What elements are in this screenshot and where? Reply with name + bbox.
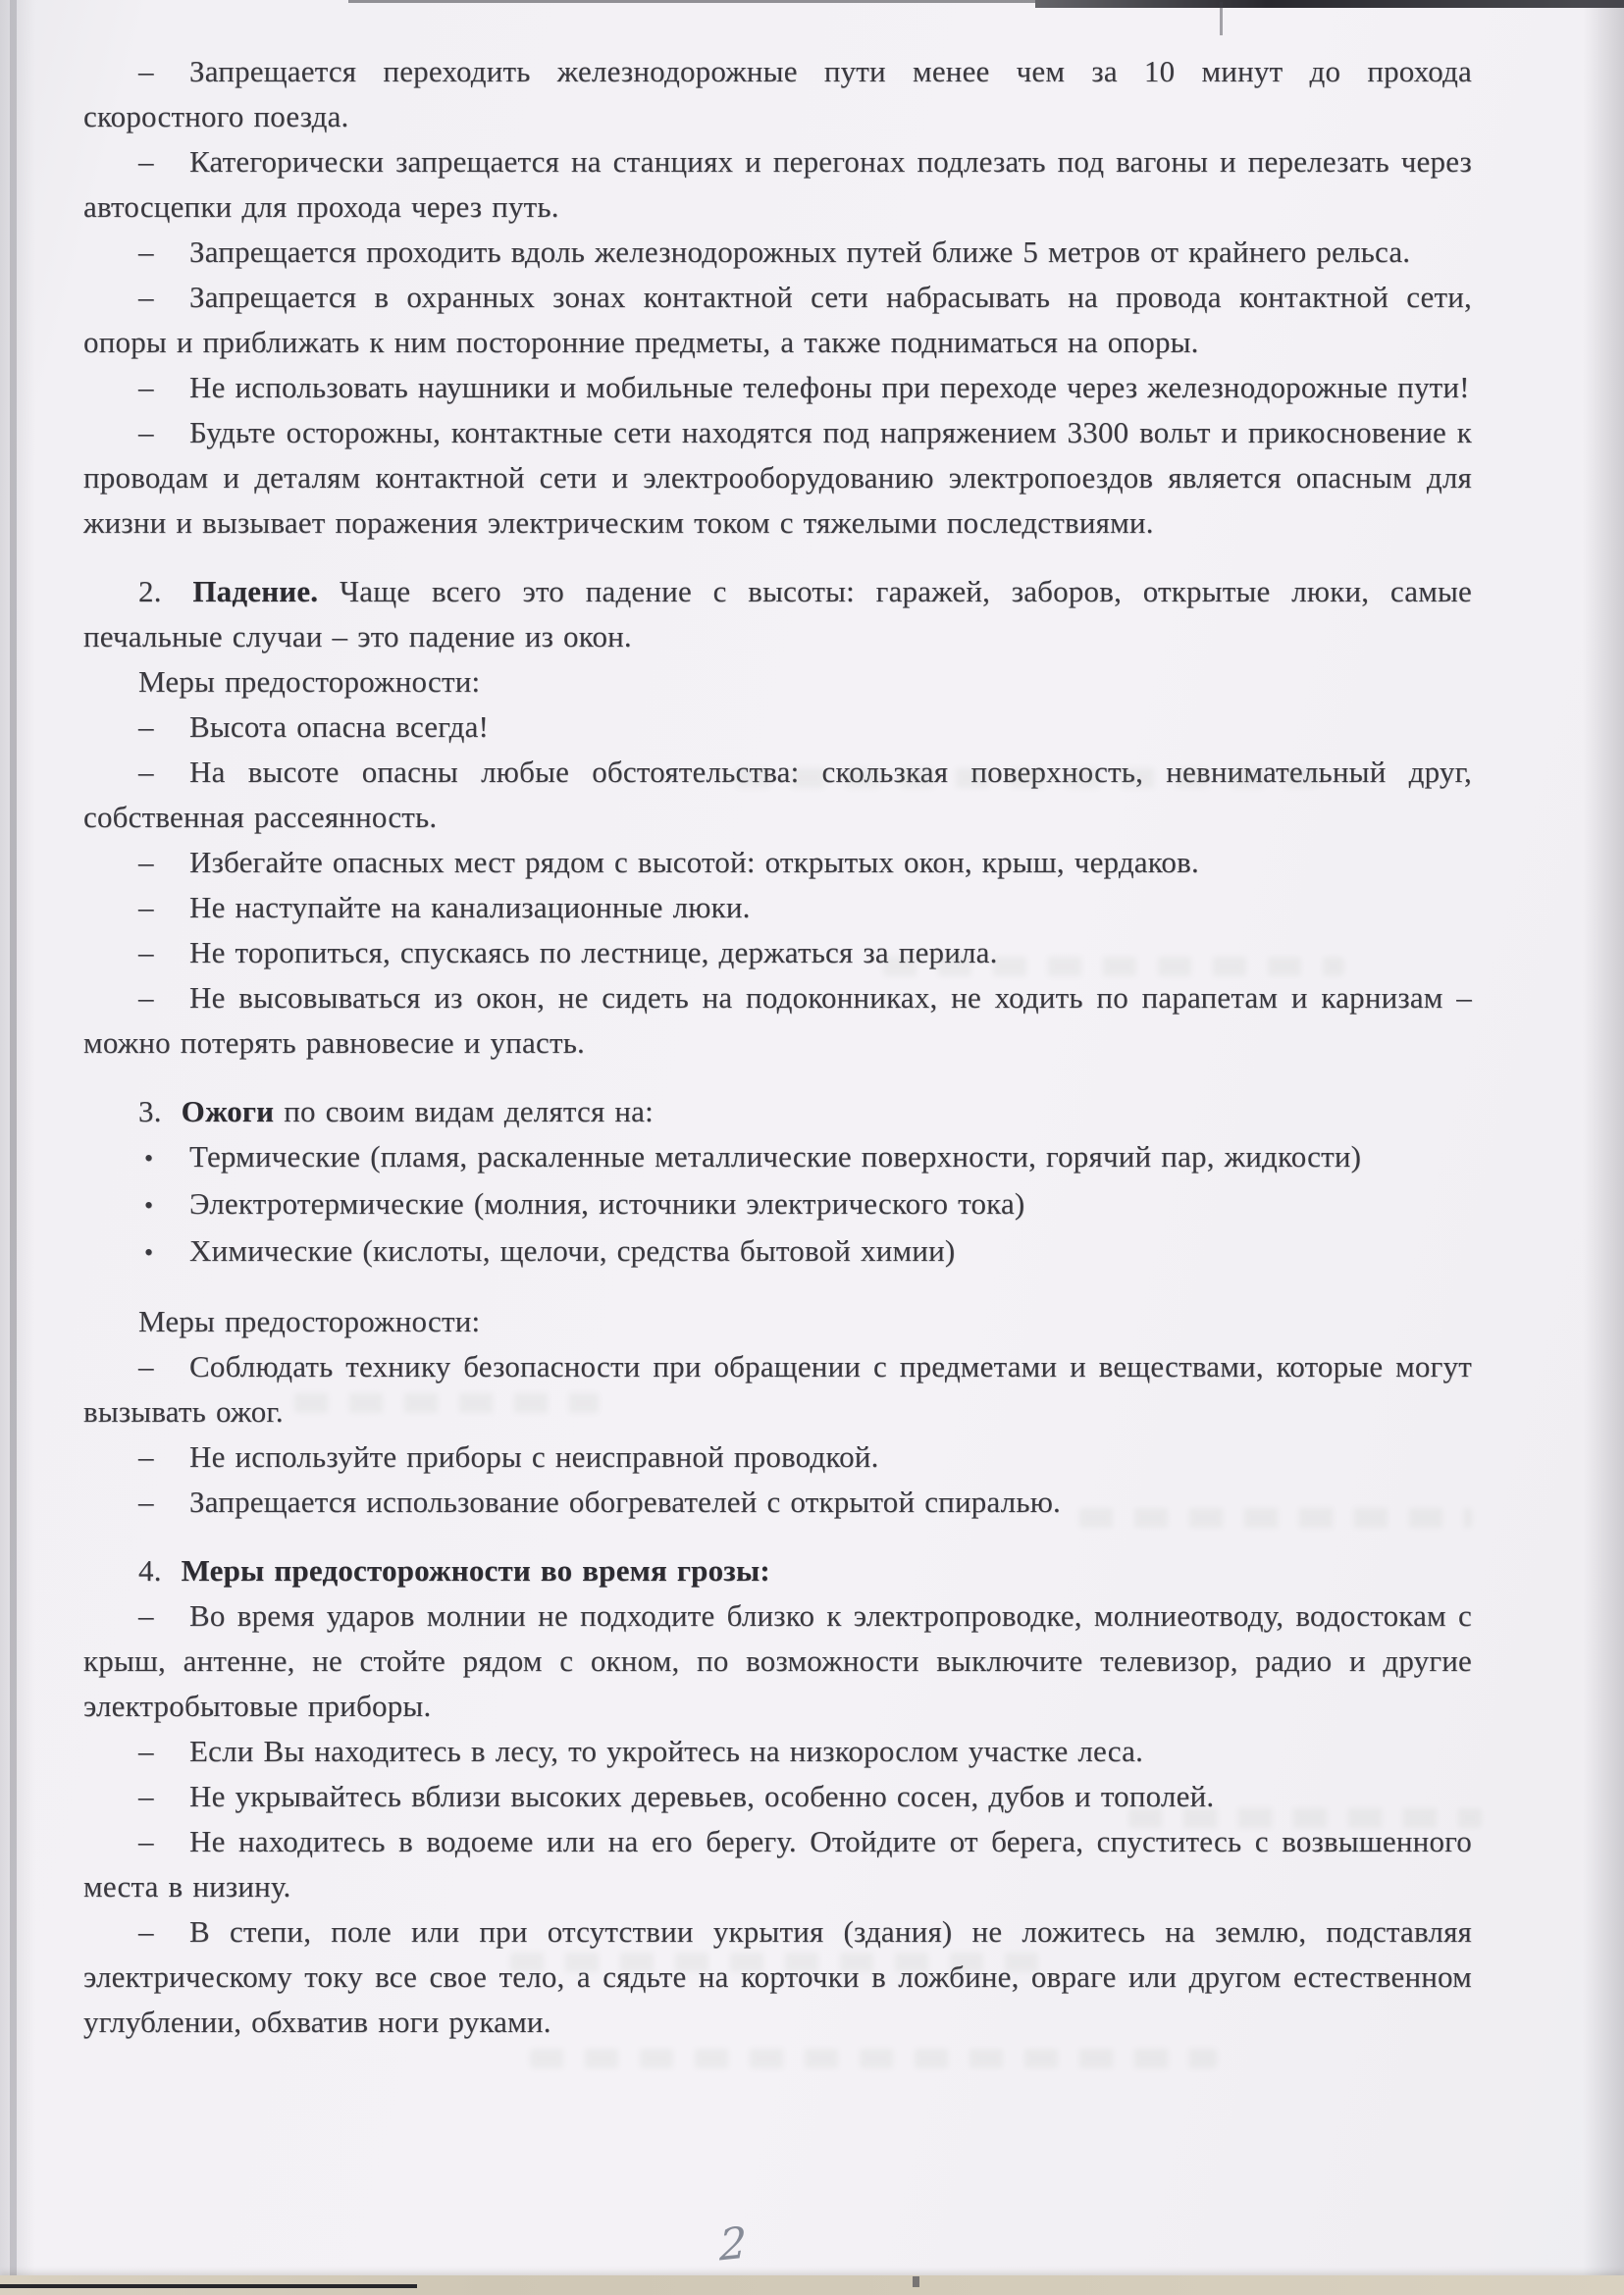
- list-item-text: Не торопиться, спускаясь по лестнице, де…: [189, 935, 998, 969]
- dash-marker: –: [138, 49, 189, 94]
- scan-scratch-mark: [1220, 2, 1223, 35]
- bleedthrough-smudge: [294, 1393, 599, 1413]
- list-item: –Не использовать наушники и мобильные те…: [83, 365, 1472, 410]
- list-item-text: Не использовать наушники и мобильные тел…: [189, 370, 1470, 404]
- list-item-text: Во время ударов молнии не подходите близ…: [83, 1598, 1472, 1723]
- dash-marker: –: [138, 230, 189, 275]
- list-item: –Не находитесь в водоеме или на его бере…: [83, 1819, 1472, 1909]
- handwritten-page-number: 2: [719, 2217, 747, 2270]
- dash-marker: –: [138, 275, 189, 320]
- list-item: –Запрещается проходить вдоль железнодоро…: [83, 230, 1472, 275]
- dash-marker: –: [138, 365, 189, 410]
- dash-marker: –: [138, 1344, 189, 1389]
- section-intro: по своим видам делятся на:: [284, 1094, 654, 1128]
- list-item: –Если Вы находитесь в лесу, то укройтесь…: [83, 1729, 1472, 1774]
- list-item-text: Высота опасна всегда!: [189, 709, 489, 744]
- bleedthrough-smudge: [530, 2049, 1217, 2068]
- list-item: –Избегайте опасных мест рядом с высотой:…: [83, 840, 1472, 885]
- list-item: –Запрещается переходить железнодорожные …: [83, 49, 1472, 139]
- scan-bottom-edge-line: [0, 2284, 417, 2288]
- dash-marker: –: [138, 1819, 189, 1864]
- list-item-text: Если Вы находитесь в лесу, то укройтесь …: [189, 1734, 1143, 1768]
- dash-marker: –: [138, 975, 189, 1020]
- list-item: –Не наступайте на канализационные люки.: [83, 885, 1472, 930]
- list-item: –Во время ударов молнии не подходите бли…: [83, 1593, 1472, 1729]
- list-item: –Высота опасна всегда!: [83, 704, 1472, 750]
- scan-bottom-mark: [913, 2276, 919, 2287]
- dash-marker: –: [138, 1909, 189, 1955]
- dash-marker: –: [138, 885, 189, 930]
- scan-top-edge-dark: [1035, 0, 1624, 8]
- dash-marker: –: [138, 410, 189, 455]
- section-heading-burns: 3. Ожоги по своим видам делятся на:: [83, 1089, 1472, 1134]
- list-item-text: Избегайте опасных мест рядом с высотой: …: [189, 845, 1199, 879]
- dash-marker: –: [138, 840, 189, 885]
- list-item-text: Запрещается в охранных зонах контактной …: [83, 280, 1472, 359]
- dash-marker: –: [138, 704, 189, 750]
- measures-label: Меры предосторожности:: [83, 1299, 1472, 1344]
- dash-marker: –: [138, 1593, 189, 1639]
- bullet-item-text: Химические (кислоты, щелочи, средства бы…: [189, 1233, 955, 1268]
- dash-marker: –: [138, 1729, 189, 1774]
- dash-marker: –: [138, 750, 189, 795]
- list-item-text: Не находитесь в водоеме или на его берег…: [83, 1824, 1472, 1904]
- dash-marker: –: [138, 930, 189, 975]
- page-left-edge-line: [10, 0, 17, 2276]
- page-left-shadow: [0, 0, 35, 2276]
- bullet-item: •Термические (пламя, раскаленные металли…: [83, 1134, 1472, 1181]
- list-item-text: Запрещается использование обогревателей …: [189, 1485, 1061, 1519]
- dash-marker: –: [138, 1480, 189, 1525]
- bullet-icon: •: [138, 1136, 189, 1181]
- list-item-text: Не высовываться из окон, не сидеть на по…: [83, 980, 1472, 1060]
- list-item-text: Запрещается проходить вдоль железнодорож…: [189, 235, 1410, 269]
- bleedthrough-smudge: [883, 957, 1344, 976]
- list-item-text: На высоте опасны любые обстоятельства: с…: [83, 755, 1472, 834]
- list-item: –Не используйте приборы с неисправной пр…: [83, 1434, 1472, 1480]
- bleedthrough-smudge: [510, 1953, 1060, 1972]
- list-item-text: Запрещается переходить железнодорожные п…: [83, 54, 1472, 133]
- list-item-text: В степи, поле или при отсутствии укрытия…: [83, 1914, 1472, 2039]
- bleedthrough-smudge: [1079, 1508, 1472, 1528]
- bullet-item-text: Электротермические (молния, источники эл…: [189, 1186, 1024, 1221]
- section-heading-storm: 4. Меры предосторожности во время грозы:: [83, 1548, 1472, 1593]
- list-item: –Будьте осторожны, контактные сети наход…: [83, 410, 1472, 546]
- section-number: 2.: [138, 574, 172, 608]
- list-item-text: Соблюдать технику безопасности при обращ…: [83, 1349, 1472, 1429]
- bleedthrough-smudge: [736, 768, 1344, 788]
- list-item: –Запрещается в охранных зонах контактной…: [83, 275, 1472, 365]
- bullet-icon: •: [138, 1230, 189, 1276]
- list-item-text: Не используйте приборы с неисправной про…: [189, 1439, 879, 1474]
- scanned-page: –Запрещается переходить железнодорожные …: [0, 0, 1624, 2295]
- section-title: Ожоги: [182, 1094, 275, 1128]
- document-text: –Запрещается переходить железнодорожные …: [83, 49, 1472, 2045]
- section-title: Меры предосторожности во время грозы:: [182, 1553, 770, 1588]
- bullet-icon: •: [138, 1183, 189, 1228]
- measures-label: Меры предосторожности:: [83, 659, 1472, 704]
- section-number: 4.: [138, 1553, 172, 1588]
- bullet-item: •Химические (кислоты, щелочи, средства б…: [83, 1228, 1472, 1276]
- section-number: 3.: [138, 1094, 172, 1128]
- dash-marker: –: [138, 139, 189, 184]
- list-item-text: Категорически запрещается на станциях и …: [83, 144, 1472, 224]
- scan-top-edge-thin: [348, 0, 1035, 3]
- scanner-bed-strip: [0, 2275, 1624, 2295]
- bleedthrough-smudge: [1128, 1808, 1482, 1828]
- list-item-text: Не укрывайтесь вблизи высоких деревьев, …: [189, 1779, 1214, 1813]
- list-item-text: Не наступайте на канализационные люки.: [189, 890, 751, 924]
- dash-marker: –: [138, 1774, 189, 1819]
- bullet-item: •Электротермические (молния, источники э…: [83, 1181, 1472, 1228]
- list-item: –Не высовываться из окон, не сидеть на п…: [83, 975, 1472, 1066]
- list-item: –Категорически запрещается на станциях и…: [83, 139, 1472, 230]
- list-item: –Соблюдать технику безопасности при обра…: [83, 1344, 1472, 1434]
- section-heading-falls: 2. Падение. Чаще всего это падение с выс…: [83, 569, 1472, 659]
- bullet-item-text: Термические (пламя, раскаленные металлич…: [189, 1139, 1361, 1174]
- list-item: –На высоте опасны любые обстоятельства: …: [83, 750, 1472, 840]
- list-item-text: Будьте осторожны, контактные сети находя…: [83, 415, 1472, 540]
- section-title: Падение.: [192, 574, 318, 608]
- list-item: –В степи, поле или при отсутствии укрыти…: [83, 1909, 1472, 2045]
- dash-marker: –: [138, 1434, 189, 1480]
- page-right-shadow: [1583, 0, 1624, 2276]
